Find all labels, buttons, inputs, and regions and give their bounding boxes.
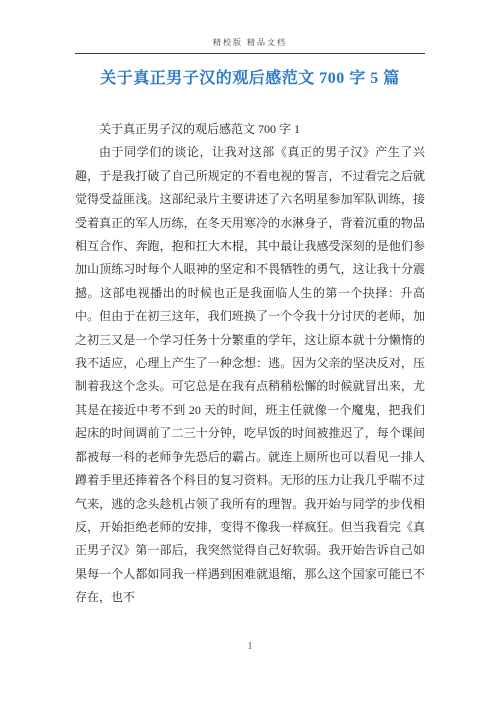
page-header: 精校版 精品文档 xyxy=(75,0,425,54)
section-heading: 关于真正男子汉的观后感范文 700 字 1 xyxy=(75,118,425,141)
page-number: 1 xyxy=(0,641,500,652)
document-title: 关于真正男子汉的观后感范文 700 字 5 篇 xyxy=(75,68,425,90)
header-watermark-text: 精校版 精品文档 xyxy=(213,38,287,47)
document-page: 精校版 精品文档 关于真正男子汉的观后感范文 700 字 5 篇 关于真正男子汉… xyxy=(0,0,500,708)
document-body: 关于真正男子汉的观后感范文 700 字 1 由于同学们的谈论，让我对这部《真正的… xyxy=(75,118,425,610)
body-paragraph: 由于同学们的谈论，让我对这部《真正的男子汉》产生了兴趣，于是我打破了自己所规定的… xyxy=(75,141,425,609)
document-content: 关于真正男子汉的观后感范文 700 字 5 篇 关于真正男子汉的观后感范文 70… xyxy=(75,68,425,610)
